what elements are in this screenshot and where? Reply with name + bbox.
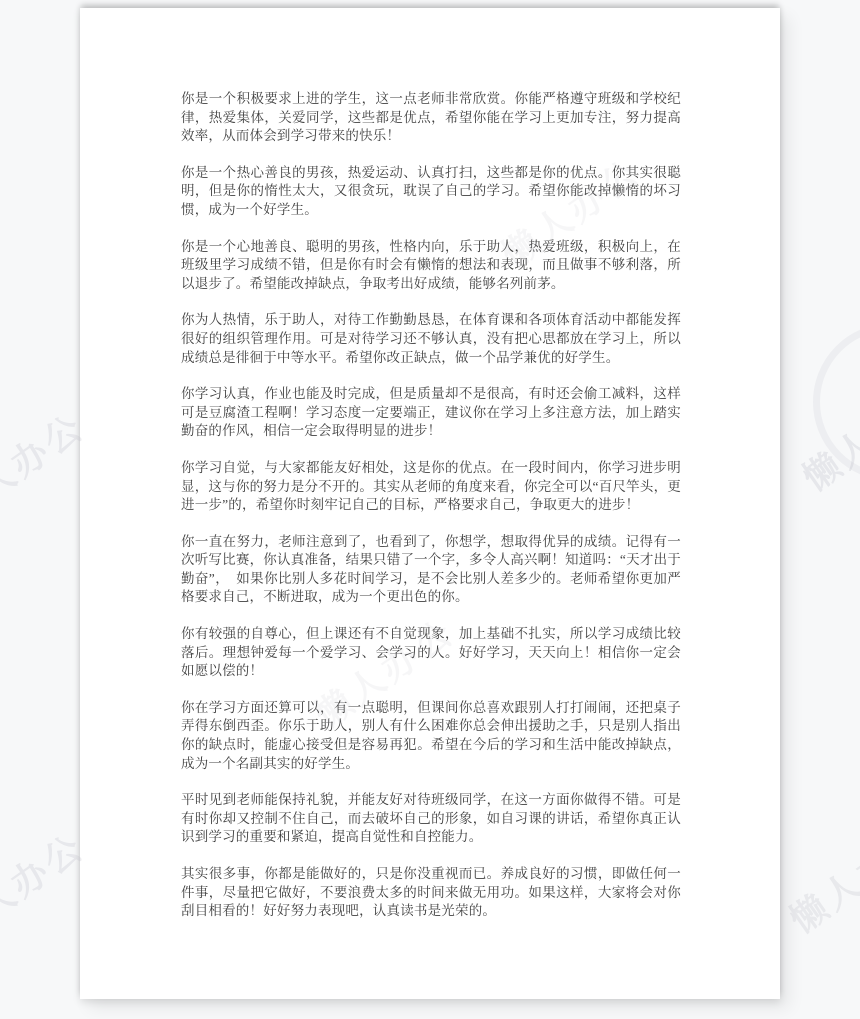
paragraph: 你是一个积极要求上进的学生，这一点老师非常欣赏。你能严格遵守班级和学校纪律，热爱… <box>181 90 681 146</box>
paragraph: 你是一个心地善良、聪明的男孩，性格内向，乐于助人，热爱班级，积极向上，在班级里学… <box>181 238 681 294</box>
document-page: 你是一个积极要求上进的学生，这一点老师非常欣赏。你能严格遵守班级和学校纪律，热爱… <box>80 8 780 999</box>
paragraph: 你学习认真，作业也能及时完成，但是质量却不是很高，有时还会偷工减料，这样可是豆腐… <box>181 385 681 441</box>
paragraph: 你一直在努力，老师注意到了，也看到了，你想学，想取得优异的成绩。记得有一次听写比… <box>181 533 681 607</box>
paragraph: 你学习自觉，与大家都能友好相处，这是你的优点。在一段时间内，你学习进步明显，这与… <box>181 459 681 515</box>
watermark-text: 懒人办公 <box>778 810 860 944</box>
paragraph: 其实很多事，你都是能做好的，只是你没重视而已。养成良好的习惯，即做任何一件事，尽… <box>181 865 681 921</box>
watermark-circle <box>813 323 860 481</box>
paragraph: 你在学习方面还算可以，有一点聪明，但课间你总喜欢跟别人打打闹闹，还把桌子弄得东倒… <box>181 699 681 773</box>
document-body: 你是一个积极要求上进的学生，这一点老师非常欣赏。你能严格遵守班级和学校纪律，热爱… <box>181 90 681 921</box>
paragraph: 你是一个热心善良的男孩，热爱运动、认真打扫，这些都是你的优点。你其实很聪明，但是… <box>181 164 681 220</box>
paragraph: 你有较强的自尊心，但上课还有不自觉现象，加上基础不扎实，所以学习成绩比较落后。理… <box>181 625 681 681</box>
watermark-text: 懒人办公 <box>791 368 860 502</box>
paragraph: 你为人热情，乐于助人，对待工作勤勤恳恳，在体育课和各项体育活动中都能发挥很好的组… <box>181 311 681 367</box>
paragraph: 平时见到老师能保持礼貌，并能友好对待班级同学，在这一方面你做得不错。可是有时你却… <box>181 791 681 847</box>
screenshot-viewport: 你是一个积极要求上进的学生，这一点老师非常欣赏。你能严格遵守班级和学校纪律，热爱… <box>0 0 860 1019</box>
